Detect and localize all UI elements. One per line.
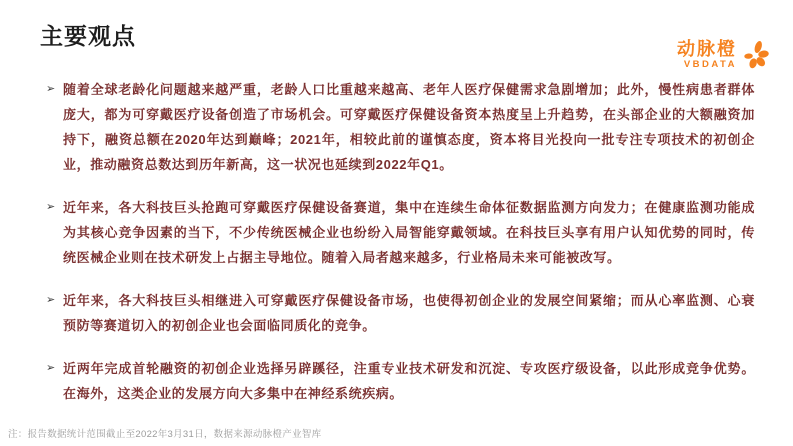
slide-header: 主要观点 动脉橙 VBDATA xyxy=(0,0,793,72)
key-points-list: ➢ 随着全球老龄化问题越来越严重，老龄人口比重越来越高、老年人医疗保健需求急剧增… xyxy=(46,77,755,406)
bullet-text: 近两年完成首轮融资的初创企业选择另辟蹊径，注重专业技术研发和沉淀、专攻医疗级设备… xyxy=(63,361,755,401)
logo-text: 动脉橙 VBDATA xyxy=(677,40,737,70)
page-title: 主要观点 xyxy=(40,24,136,49)
bullet-point: ➢ 随着全球老龄化问题越来越严重，老龄人口比重越来越高、老年人医疗保健需求急剧增… xyxy=(46,77,755,177)
bullet-point: ➢ 近年来，各大科技巨头抢跑可穿戴医疗保健设备赛道，集中在连续生命体征数据监测方… xyxy=(46,195,755,270)
bullet-point: ➢ 近年来，各大科技巨头相继进入可穿戴医疗保健设备市场，也使得初创企业的发展空间… xyxy=(46,288,755,338)
logo-name-cn: 动脉橙 xyxy=(677,40,737,59)
bullet-text: 近年来，各大科技巨头相继进入可穿戴医疗保健设备市场，也使得初创企业的发展空间紧缩… xyxy=(63,293,755,333)
vbdata-logo: 动脉橙 VBDATA xyxy=(677,39,771,72)
logo-name-en: VBDATA xyxy=(684,59,737,70)
arrow-bullet-icon: ➢ xyxy=(46,288,56,313)
arrow-bullet-icon: ➢ xyxy=(46,356,56,381)
bullet-text: 随着全球老龄化问题越来越严重，老龄人口比重越来越高、老年人医疗保健需求急剧增加；… xyxy=(63,82,755,172)
report-slide: 主要观点 动脉橙 VBDATA ➢ 随着全球老龄化问题越来越严重，老龄人口比重越… xyxy=(0,0,793,446)
orange-petals-icon xyxy=(740,39,771,72)
arrow-bullet-icon: ➢ xyxy=(46,77,56,102)
bullet-point: ➢ 近两年完成首轮融资的初创企业选择另辟蹊径，注重专业技术研发和沉淀、专攻医疗级… xyxy=(46,356,755,406)
bullet-text: 近年来，各大科技巨头抢跑可穿戴医疗保健设备赛道，集中在连续生命体征数据监测方向发… xyxy=(63,200,755,265)
footnote: 注：报告数据统计范围截止至2022年3月31日，数据来源动脉橙产业智库 xyxy=(8,426,322,440)
arrow-bullet-icon: ➢ xyxy=(46,195,56,220)
